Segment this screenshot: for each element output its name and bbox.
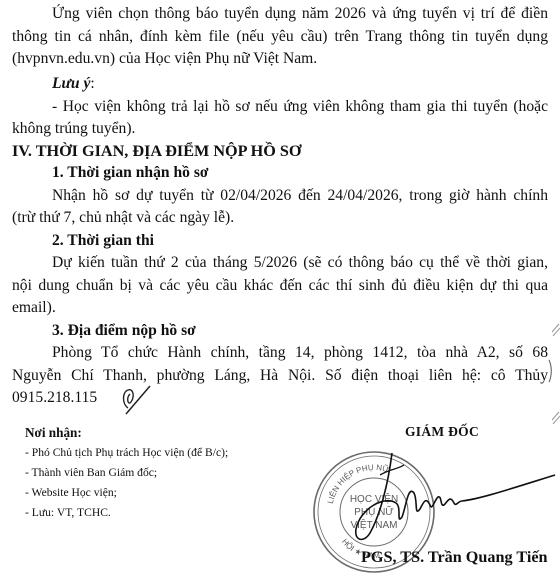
apply-paragraph-line-3: (hvpnvn.edu.vn) của Học viện Phụ nữ Việt… (12, 48, 548, 70)
sub1-line-2: (trừ thứ 7, chủ nhật và các ngày lễ). (12, 207, 548, 229)
recipients-block: Nơi nhận: - Phó Chủ tịch Phụ trách Học v… (25, 423, 228, 523)
sub3-line-3: 0915.218.115 (12, 387, 548, 409)
page-edge-marks-icon (548, 320, 560, 450)
recipient-item: - Website Học viện; (25, 483, 228, 503)
note-line-1: - Học viện không trả lại hồ sơ nếu ứng v… (52, 96, 548, 118)
recipient-item: - Phó Chủ tịch Phụ trách Học viện (để B/… (25, 443, 228, 463)
signer-name: PGS, TS. Trần Quang Tiến (361, 548, 548, 567)
handwritten-initial-icon (118, 382, 152, 416)
sub3-line-1: Phòng Tổ chức Hành chính, tầng 14, phòng… (52, 342, 548, 364)
signer-position: GIÁM ĐỐC (405, 424, 479, 440)
note-label: Lưu ý: (52, 73, 548, 95)
apply-paragraph-line-2: thông tin cá nhân, đính kèm file (nếu yê… (12, 26, 548, 48)
sub2-line-2: nội dung chuẩn bị và các yêu cầu khác đế… (12, 275, 548, 297)
recipient-item: - Lưu: VT, TCHC. (25, 503, 228, 523)
sub3-title: 3. Địa điểm nộp hồ sơ (52, 320, 548, 342)
sub2-line-3: email). (12, 297, 548, 319)
apply-paragraph-line-1: Ứng viên chọn thông báo tuyển dụng năm 2… (52, 3, 548, 25)
note-line-2: không trúng tuyển). (12, 118, 548, 140)
sub2-title: 2. Thời gian thi (52, 230, 548, 252)
note-colon: : (90, 75, 94, 92)
handwritten-signature-icon (340, 445, 560, 555)
sub2-line-1: Dự kiến tuần thứ 2 của tháng 5/2026 (sẽ … (52, 252, 548, 274)
sub3-line-2: Nguyễn Chí Thanh, phường Láng, Hà Nội. S… (12, 365, 548, 387)
sub1-title: 1. Thời gian nhận hồ sơ (52, 162, 548, 184)
sub1-line-1: Nhận hồ sơ dự tuyển từ 02/04/2026 đến 24… (52, 185, 548, 207)
recipient-item: - Thành viên Ban Giám đốc; (25, 463, 228, 483)
recipients-title: Nơi nhận: (25, 423, 228, 443)
section-iv-heading: IV. THỜI GIAN, ĐỊA ĐIỂM NỘP HỒ SƠ (12, 140, 548, 162)
note-label-text: Lưu ý (52, 75, 90, 92)
